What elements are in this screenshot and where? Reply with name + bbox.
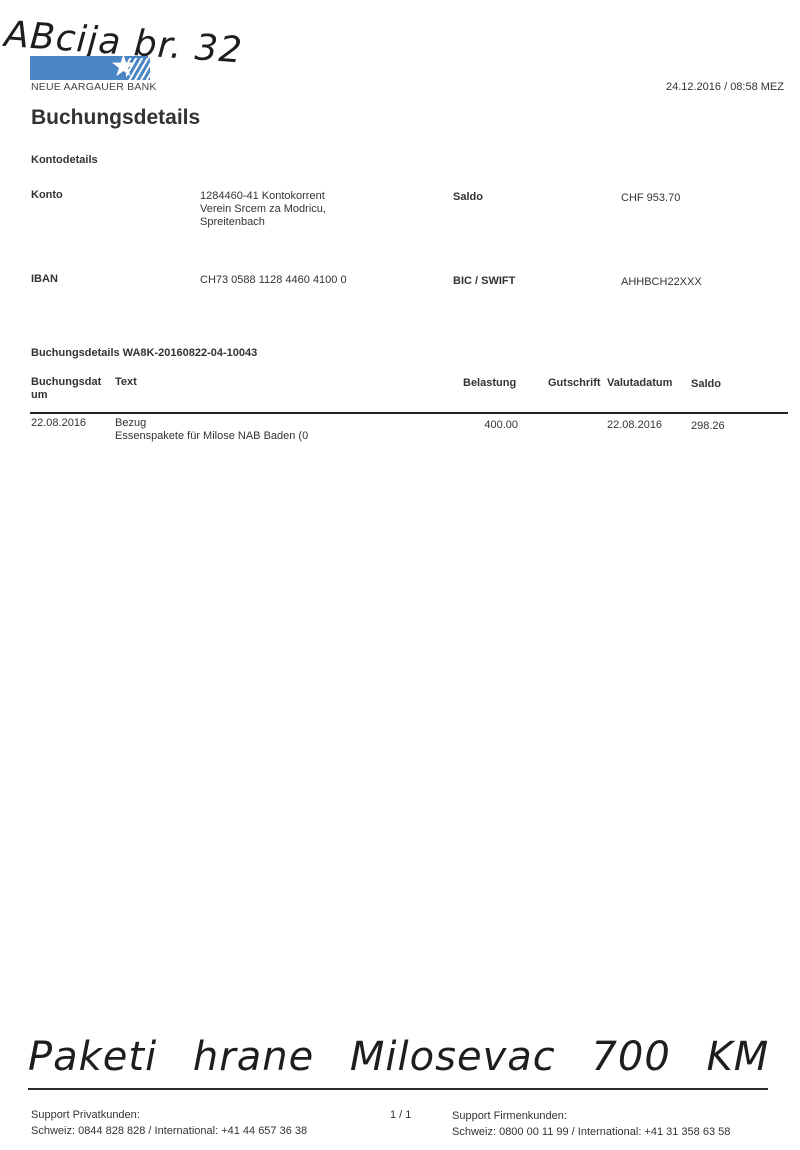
row-debit: 400.00 bbox=[440, 419, 518, 432]
page-title: Buchungsdetails bbox=[31, 106, 200, 130]
page-number: 1 / 1 bbox=[390, 1107, 411, 1123]
iban-value: CH73 0588 1128 4460 4100 0 bbox=[200, 274, 347, 287]
col-header-credit: Gutschrift bbox=[548, 377, 601, 390]
konto-value: 1284460-41 Kontokorrent Verein Srcem za … bbox=[200, 190, 326, 229]
booking-heading: Buchungsdetails WA8K-20160822-04-10043 bbox=[31, 347, 257, 359]
col-header-text: Text bbox=[115, 376, 137, 389]
konto-value-line: 1284460-41 Kontokorrent bbox=[200, 190, 326, 203]
row-date: 22.08.2016 bbox=[31, 417, 86, 430]
row-text: Bezug Essenspakete für Milose NAB Baden … bbox=[115, 417, 308, 443]
print-datetime: 24.12.2016 / 08:58 MEZ bbox=[666, 81, 784, 93]
row-balance: 298.26 bbox=[691, 420, 725, 433]
footer-business-title: Support Firmenkunden: bbox=[452, 1108, 730, 1124]
col-header-balance: Saldo bbox=[691, 378, 721, 391]
bank-logo-text: NEUE AARGAUER BANK bbox=[31, 81, 157, 93]
handwritten-annotation-bottom: Paketi hrane Milosevac 700 KM bbox=[28, 1034, 769, 1080]
footer-private-title: Support Privatkunden: bbox=[31, 1107, 307, 1123]
konto-value-line: Verein Srcem za Modricu, bbox=[200, 203, 326, 216]
col-header-debit: Belastung bbox=[463, 377, 516, 390]
konto-value-line: Spreitenbach bbox=[200, 216, 326, 229]
iban-label: IBAN bbox=[31, 273, 58, 285]
footer-private-support: Support Privatkunden: Schweiz: 0844 828 … bbox=[31, 1107, 307, 1139]
bic-label: BIC / SWIFT bbox=[453, 275, 515, 287]
saldo-value: CHF 953.70 bbox=[621, 192, 680, 205]
konto-label: Konto bbox=[31, 189, 63, 201]
col-header-value-date: Valutadatum bbox=[607, 377, 672, 390]
kontodetails-heading: Kontodetails bbox=[31, 154, 98, 166]
star-icon: ★ bbox=[110, 53, 137, 81]
footer-private-contact: Schweiz: 0844 828 828 / International: +… bbox=[31, 1123, 307, 1139]
col-header-date: Buchungsdat um bbox=[31, 376, 101, 402]
saldo-label: Saldo bbox=[453, 191, 483, 203]
handwritten-underline bbox=[28, 1088, 768, 1090]
footer-business-support: Support Firmenkunden: Schweiz: 0800 00 1… bbox=[452, 1108, 730, 1140]
footer-business-contact: Schweiz: 0800 00 11 99 / International: … bbox=[452, 1124, 730, 1140]
table-header-rule bbox=[30, 412, 788, 414]
bic-value: AHHBCH22XXX bbox=[621, 276, 702, 289]
row-value-date: 22.08.2016 bbox=[607, 419, 662, 432]
